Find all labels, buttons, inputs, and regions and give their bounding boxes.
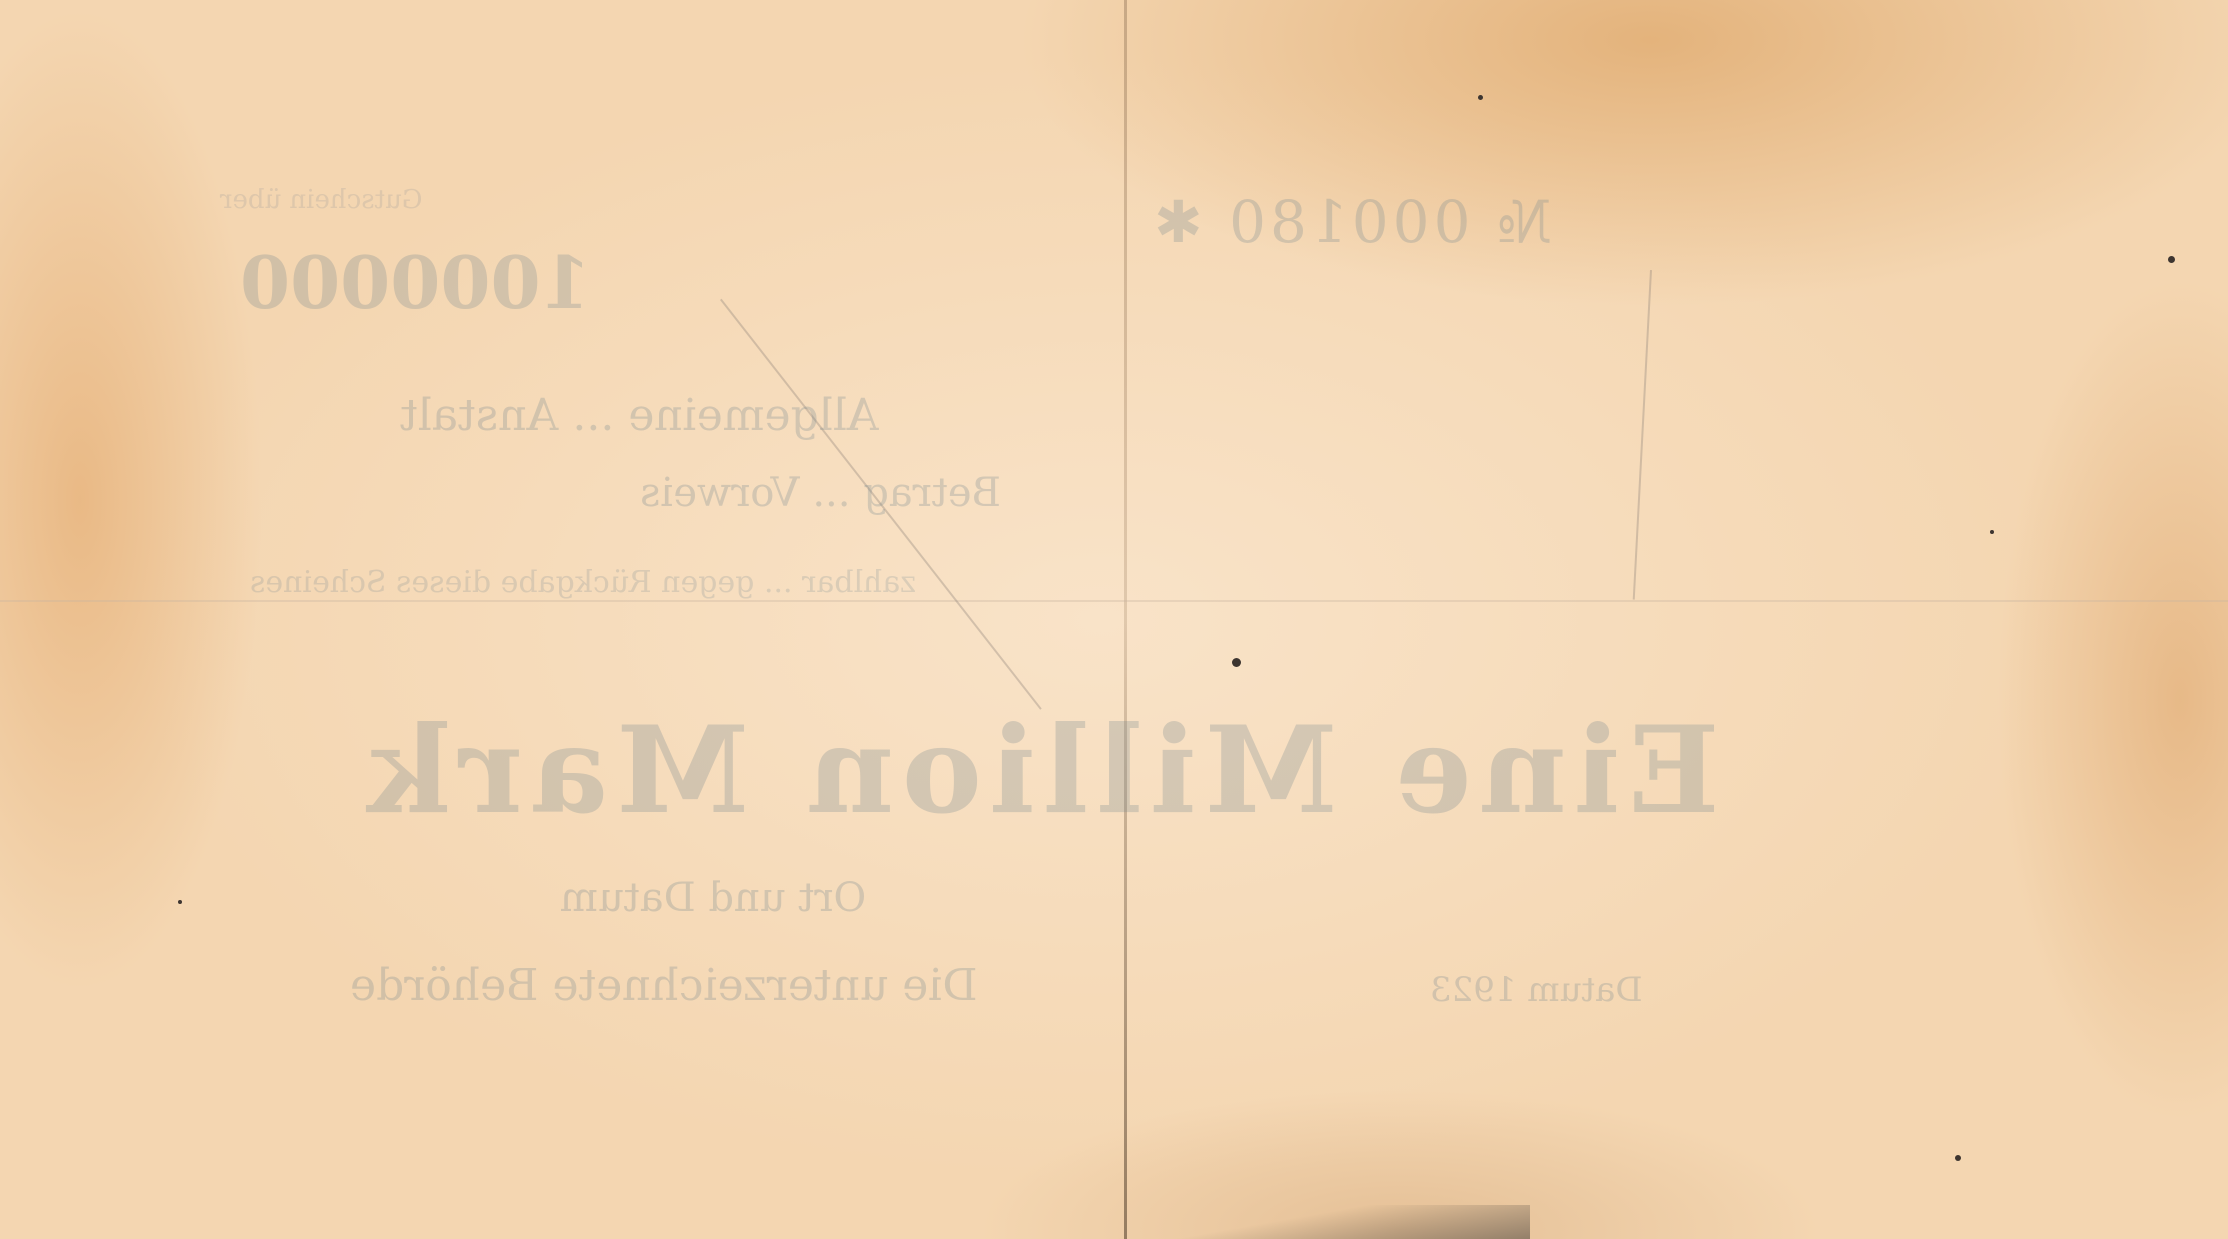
diagonal-crease [1633, 270, 1652, 600]
ghost-small-text: zahlbar ... gegen Rückgabe dieses Schein… [250, 565, 916, 600]
vertical-fold-crease [1124, 0, 1127, 1239]
ghost-serial-number: № 000180 ✱ [1150, 188, 1552, 256]
torn-bottom-edge [1130, 1205, 1530, 1239]
ink-spot [178, 900, 182, 904]
ink-spot [1478, 95, 1483, 100]
ink-spot [2168, 256, 2175, 263]
ghost-header-small: Gutschein über [220, 185, 423, 215]
ghost-place-line: Ort und Datum [560, 875, 866, 921]
ink-spot [1990, 530, 1994, 534]
ghost-issuer-line-2: Betrag ... Vorweis [640, 470, 1001, 516]
ghost-signature-line: Die unterzeichnete Behörde [350, 960, 978, 1011]
horizontal-fold-crease [0, 600, 2228, 602]
ghost-issuer-line-1: Allgemeine ... Anstalt [400, 390, 879, 441]
ink-spot [1232, 658, 1241, 667]
ghost-date-line: Datum 1923 [1430, 970, 1643, 1010]
ink-spot [1955, 1155, 1961, 1161]
ghost-amount-numeric: 1000000 [240, 240, 591, 325]
ghost-amount-words: Eine Million Mark [360, 700, 1720, 841]
banknote-reverse: Gutschein über № 000180 ✱ 1000000 Allgem… [0, 0, 2228, 1239]
